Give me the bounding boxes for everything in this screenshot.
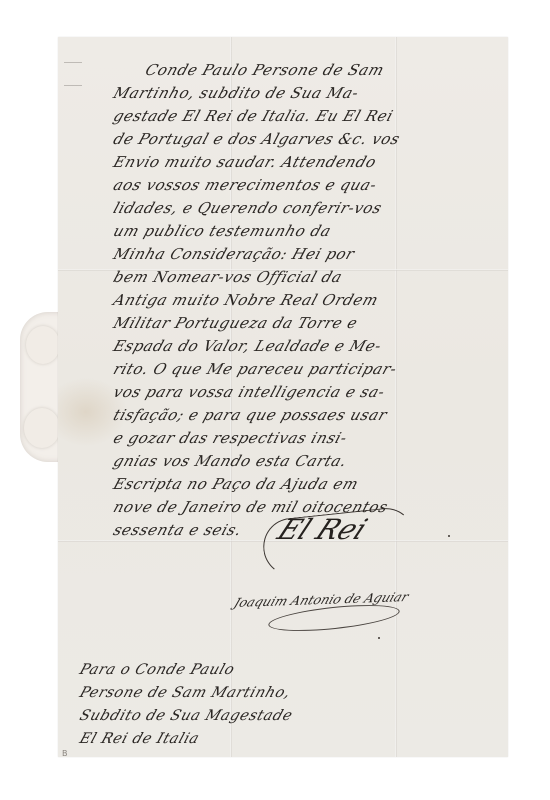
king-signature: El Rei xyxy=(272,513,372,546)
page-mark: B xyxy=(62,749,68,758)
margin-mark xyxy=(64,85,82,86)
letter-line: Militar Portugueza da Torre e xyxy=(111,314,360,332)
letter-line: Martinho, subdito de Sua Ma- xyxy=(111,84,361,102)
letter-line: sessenta e seis. xyxy=(111,521,244,539)
letter-line: e gozar das respectivas insi- xyxy=(111,429,350,447)
letter-line: tisfação; e para que possaes usar xyxy=(111,406,390,424)
letter-line: gnias vos Mando esta Carta. xyxy=(111,452,350,470)
letter-line: Conde Paulo Persone de Sam xyxy=(143,61,387,79)
letter-line: Espada do Valor, Lealdade e Me- xyxy=(111,337,384,355)
margin-mark xyxy=(64,62,82,63)
address-line: Subdito de Sua Magestade xyxy=(77,708,294,724)
letter-page: Conde Paulo Persone de Sam Martinho, sub… xyxy=(58,37,508,757)
letter-line: lidades, e Querendo conferir-vos xyxy=(111,199,384,217)
letter-line: rito. O que Me pareceu participar- xyxy=(111,360,399,378)
address-line: El Rei de Italia xyxy=(77,731,201,747)
letter-line: Escripta no Paço da Ajuda em xyxy=(111,475,361,493)
address-line: Para o Conde Paulo xyxy=(77,662,236,678)
letter-line: gestade El Rei de Italia. Eu El Rei xyxy=(111,107,396,125)
letter-line: Envio muito saudar. Attendendo xyxy=(111,153,379,171)
letter-line: Antiga muito Nobre Real Ordem xyxy=(111,291,381,309)
letter-line: um publico testemunho da xyxy=(111,222,334,240)
letter-line: vos para vossa intelligencia e sa- xyxy=(111,383,387,401)
letter-line: bem Nomear-vos Official da xyxy=(111,268,345,286)
letter-line: Minha Consideração: Hei por xyxy=(111,245,357,263)
address-line: Persone de Sam Martinho, xyxy=(77,685,292,701)
ink-dot xyxy=(378,637,380,639)
ink-dot xyxy=(448,535,450,537)
letter-line: de Portugal e dos Algarves &c. vos xyxy=(111,130,402,148)
letter-line: aos vossos merecimentos e qua- xyxy=(111,176,379,194)
